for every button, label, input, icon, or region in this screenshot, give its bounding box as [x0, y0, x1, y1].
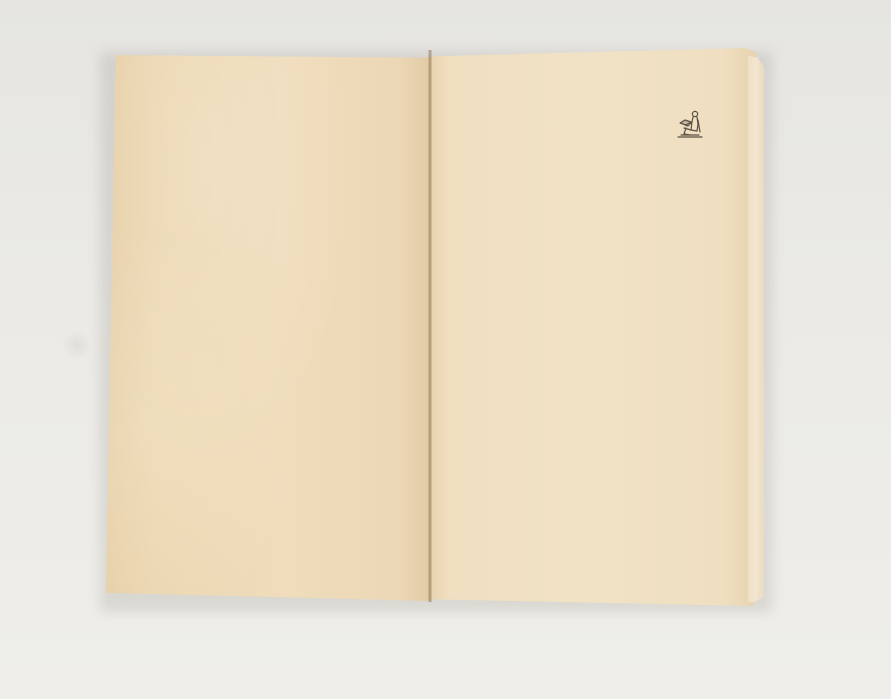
photo-scene [0, 0, 891, 699]
seated-reader-emblem-icon [672, 108, 708, 142]
surface-smudge [62, 330, 92, 360]
page-stack-edge [748, 56, 764, 602]
left-page [106, 55, 430, 601]
book-gutter [428, 50, 432, 602]
